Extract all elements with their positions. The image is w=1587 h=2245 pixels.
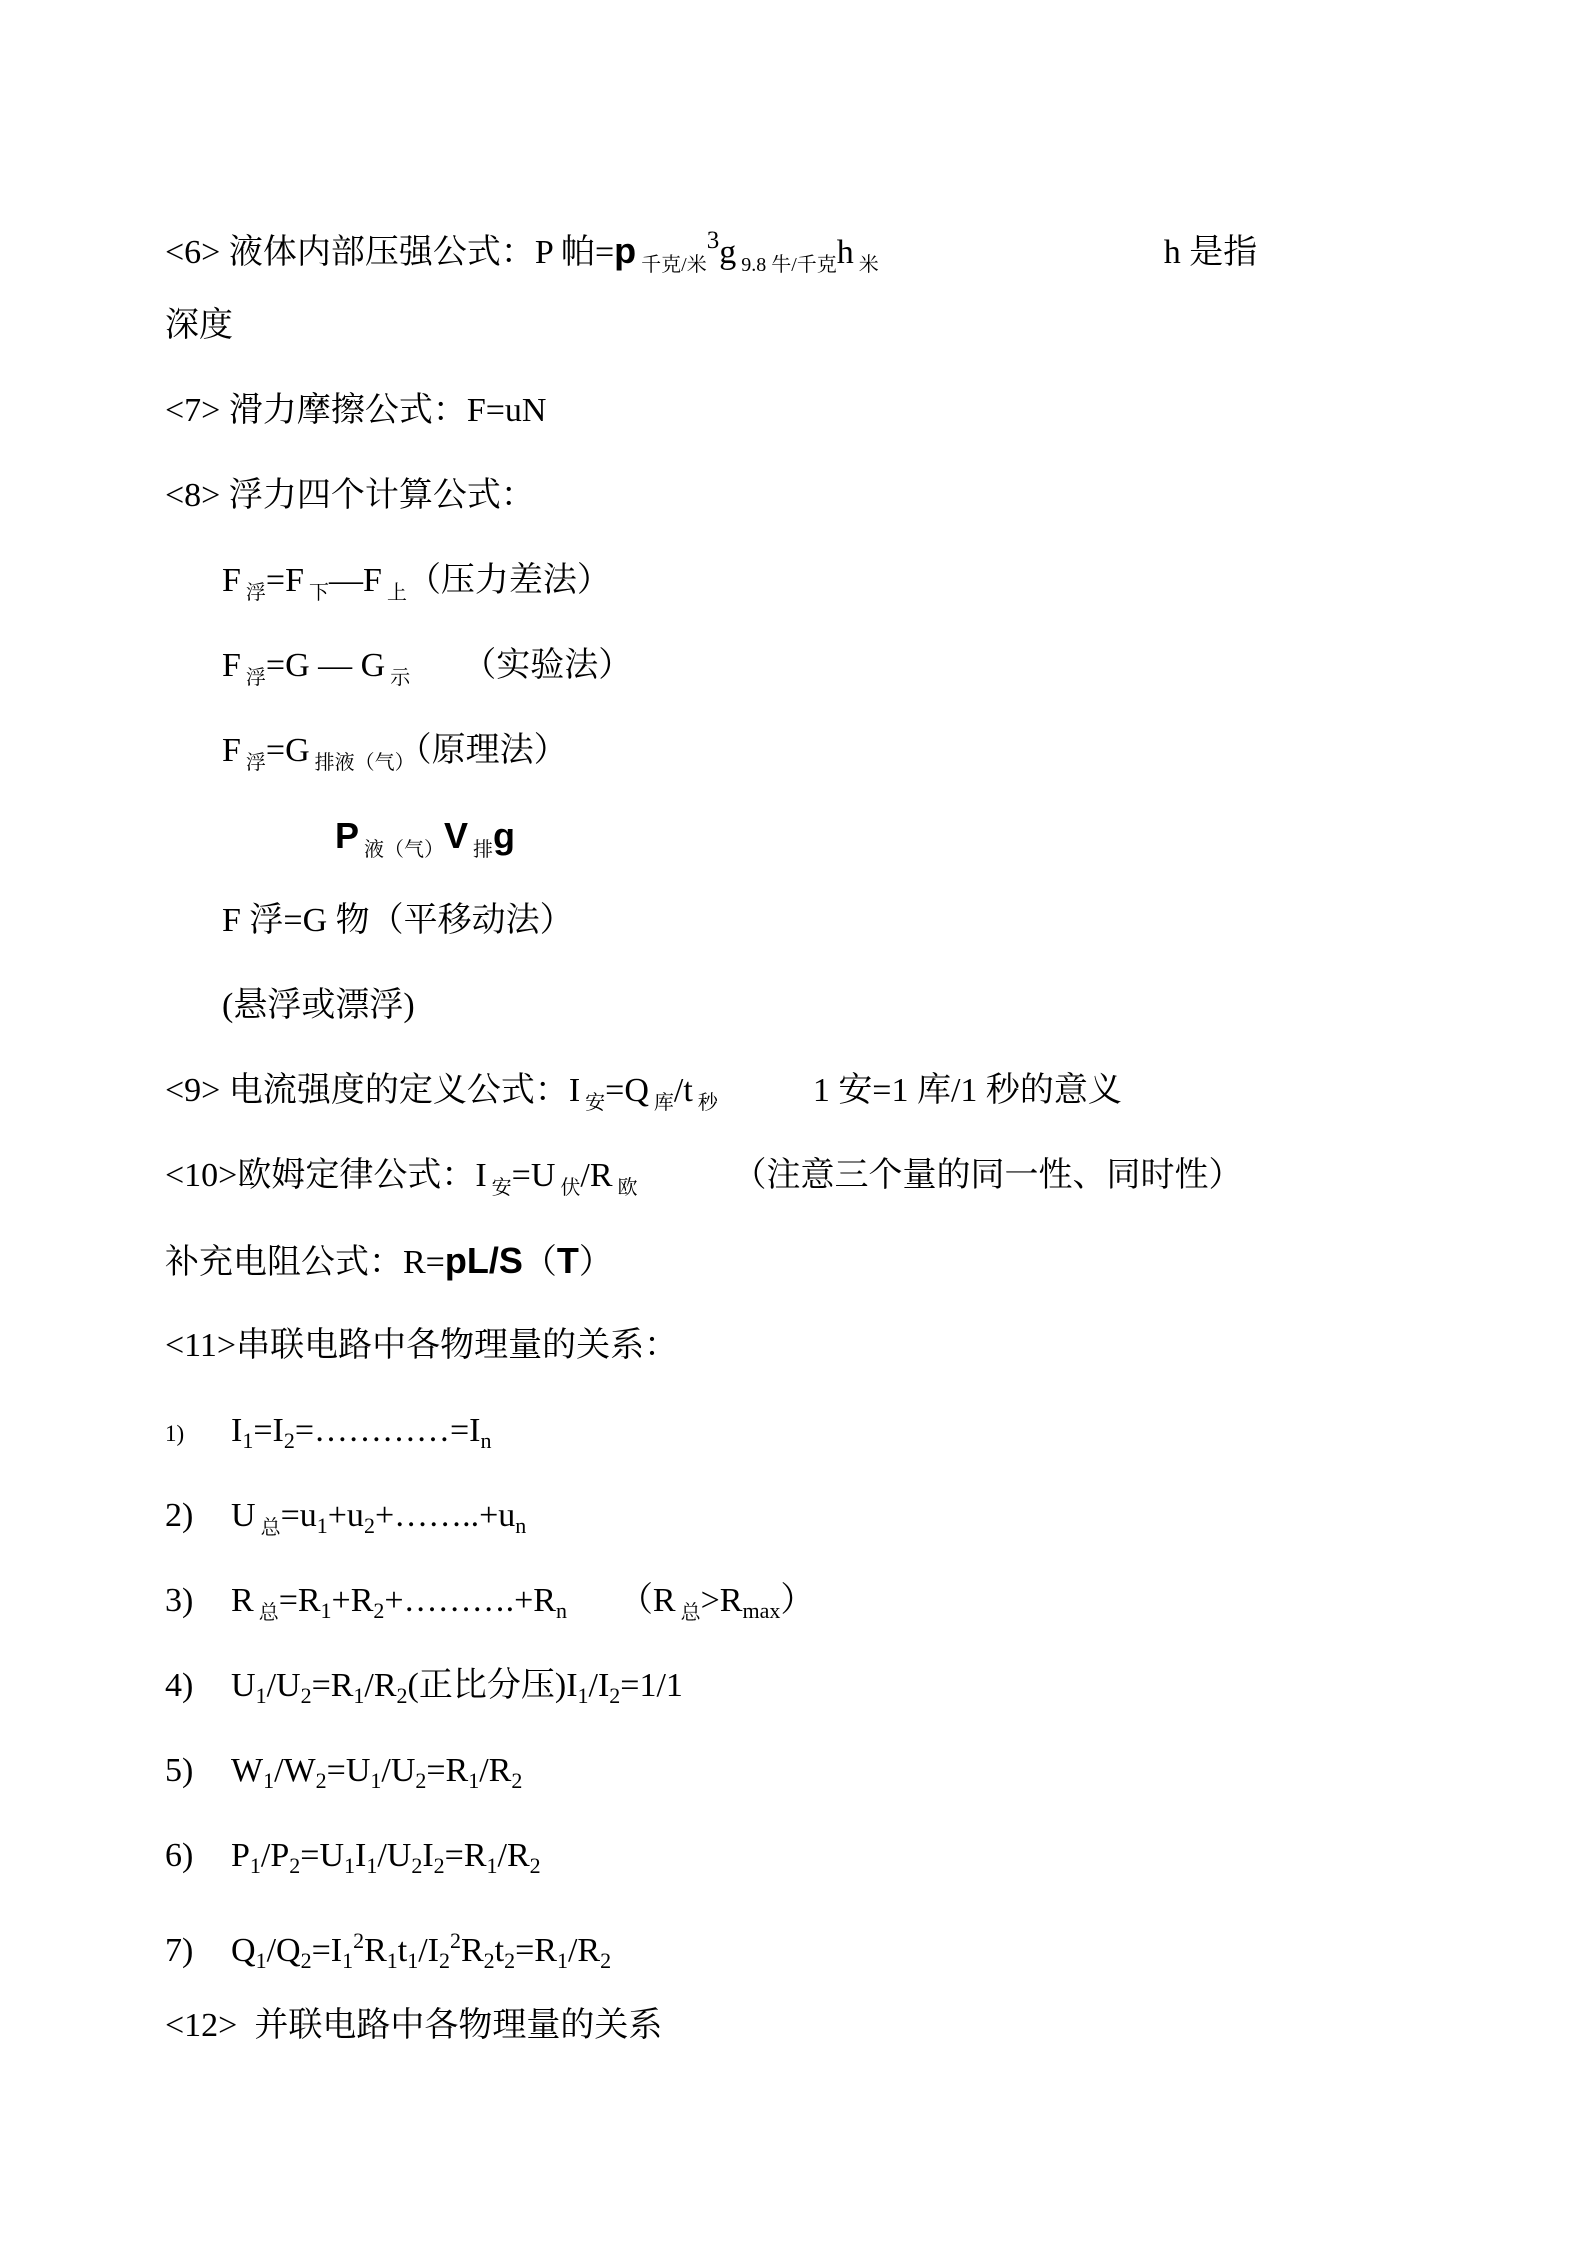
formula-segment: R bbox=[364, 1932, 387, 1969]
formula-11-series-heading: <11>串联电路中各物理量的关系： bbox=[165, 1303, 1587, 1388]
formula-segment: P bbox=[231, 1837, 250, 1874]
resistance-supplement: 补充电阻公式：R=pL/S（T） bbox=[165, 1218, 1587, 1303]
formula-segment: <12> 并联电路中各物理量的关系 bbox=[165, 2007, 662, 2044]
formula-segment: =…………=I bbox=[295, 1412, 481, 1449]
formula-segment: n bbox=[515, 1513, 526, 1538]
formula-segment: /R bbox=[498, 1837, 530, 1874]
formula-segment: ） bbox=[780, 1582, 814, 1619]
formula-6-pressure: <6> 液体内部压强公式：P 帕=p 千克/米3g 9.8 牛/千克h 米h 是… bbox=[165, 198, 1587, 283]
formula-segment: +u bbox=[328, 1497, 364, 1534]
series-item-2: 2)U 总=u1+u2+……..+un bbox=[165, 1473, 1587, 1558]
formula-segment: 浮 bbox=[241, 752, 266, 774]
formula-segment: 2 bbox=[504, 1948, 515, 1973]
series-item-6: 6)P1/P2=U1I1/U2I2=R1/R2 bbox=[165, 1813, 1587, 1898]
formula-segment: 1 bbox=[407, 1948, 418, 1973]
formula-segment: 9.8 牛/千克 bbox=[736, 254, 837, 276]
formula-segment: =G bbox=[266, 732, 310, 769]
formula-segment: /P bbox=[261, 1837, 289, 1874]
formula-segment: P bbox=[335, 815, 359, 856]
formula-segment: 1 bbox=[578, 1683, 589, 1708]
formula-8-buoyancy-heading: <8> 浮力四个计算公式： bbox=[165, 453, 1587, 538]
formula-segment: 2 bbox=[415, 1768, 426, 1793]
formula-segment: /R bbox=[568, 1932, 600, 1969]
formula-segment: 米 bbox=[854, 254, 879, 276]
formula-segment: 浮 bbox=[241, 667, 266, 689]
formula-segment: 安 bbox=[487, 1177, 512, 1199]
buoyancy-experiment: F 浮=G — G 示（实验法） bbox=[222, 623, 1587, 708]
formula-segment: =Q bbox=[605, 1072, 649, 1109]
formula-segment: V bbox=[444, 815, 468, 856]
formula-segment: I bbox=[231, 1412, 242, 1449]
formula-segment: 2 bbox=[530, 1853, 541, 1878]
formula-segment: Q bbox=[231, 1932, 256, 1969]
formula-segment: 库 bbox=[649, 1092, 674, 1114]
formula-segment: <10>欧姆定律公式：I bbox=[165, 1157, 487, 1194]
formula-segment: n bbox=[481, 1428, 492, 1453]
formula-segment: 2 bbox=[397, 1683, 408, 1708]
formula-segment: 1 安=1 库/1 秒的意义 bbox=[813, 1072, 1122, 1109]
formula-segment: I bbox=[355, 1837, 366, 1874]
formula-segment: 安 bbox=[580, 1092, 605, 1114]
formula-segment: U bbox=[231, 1667, 256, 1704]
formula-segment: I bbox=[422, 1837, 433, 1874]
formula-segment: max bbox=[742, 1598, 780, 1623]
formula-segment: 总 bbox=[256, 1517, 281, 1539]
formula-segment: 2 bbox=[439, 1948, 450, 1973]
series-item-5: 5)W1/W2=U1/U2=R1/R2 bbox=[165, 1728, 1587, 1813]
formula-segment: =R bbox=[426, 1752, 468, 1789]
formula-segment: ） bbox=[579, 1244, 613, 1281]
formula-segment: 3 bbox=[707, 227, 720, 254]
formula-segment: (悬浮或漂浮) bbox=[222, 987, 415, 1024]
formula-segment: (正比分压)I bbox=[408, 1667, 578, 1704]
formula-segment: =R bbox=[279, 1582, 321, 1619]
formula-segment: W bbox=[231, 1752, 263, 1789]
formula-segment: —F bbox=[329, 562, 382, 599]
formula-segment: =G — G bbox=[266, 647, 385, 684]
formula-segment: /t bbox=[674, 1072, 693, 1109]
formula-segment: F 浮=G 物（平移动法） bbox=[222, 902, 574, 939]
formula-segment: 2 bbox=[411, 1853, 422, 1878]
formula-segment: F bbox=[222, 732, 241, 769]
formula-segment: 千克/米 bbox=[636, 254, 707, 276]
formula-segment: 1 bbox=[256, 1683, 267, 1708]
formula-segment: F bbox=[222, 647, 241, 684]
formula-segment: R bbox=[461, 1932, 484, 1969]
series-item-3: 3)R 总=R1+R2+……….+Rn（R 总>Rmax） bbox=[165, 1558, 1587, 1643]
formula-segment: 1 bbox=[317, 1513, 328, 1538]
formula-segment: <8> 浮力四个计算公式： bbox=[165, 477, 535, 514]
formula-segment: 补充电阻公式：R= bbox=[165, 1244, 445, 1281]
formula-segment: 总 bbox=[676, 1602, 701, 1624]
buoyancy-pressure-difference: F 浮=F 下—F 上（压力差法） bbox=[222, 538, 1587, 623]
formula-segment: 1 bbox=[387, 1948, 398, 1973]
formula-segment: 2 bbox=[316, 1768, 327, 1793]
formula-segment: R bbox=[231, 1582, 254, 1619]
formula-segment: =u bbox=[281, 1497, 317, 1534]
formula-segment: 深度 bbox=[165, 307, 233, 344]
formula-segment: <11>串联电路中各物理量的关系： bbox=[165, 1327, 678, 1364]
formula-segment: 下 bbox=[304, 582, 329, 604]
formula-segment: /I bbox=[589, 1667, 610, 1704]
formula-segment: =I bbox=[253, 1412, 284, 1449]
formula-segment: pL/S bbox=[445, 1240, 523, 1281]
formula-segment: t bbox=[495, 1932, 504, 1969]
formula-segment: （压力差法） bbox=[407, 562, 611, 599]
formula-segment: F bbox=[222, 562, 241, 599]
formula-10-ohm: <10>欧姆定律公式：I 安=U 伏/R 欧（注意三个量的同一性、同时性） bbox=[165, 1133, 1587, 1218]
formula-segment: 1 bbox=[468, 1768, 479, 1793]
formula-segment: 排液（气） bbox=[310, 752, 415, 774]
formula-segment: 2 bbox=[353, 1928, 364, 1953]
formula-segment: 1 bbox=[557, 1948, 568, 1973]
formula-segment: +……..+u bbox=[375, 1497, 515, 1534]
formula-segment: （R bbox=[619, 1582, 676, 1619]
formula-segment: n bbox=[556, 1598, 567, 1623]
series-item-1: 1)I1=I2=…………=In bbox=[165, 1388, 1587, 1473]
formula-segment: T bbox=[557, 1240, 579, 1281]
formula-segment: 2 bbox=[373, 1598, 384, 1623]
formula-segment: p bbox=[614, 230, 636, 271]
formula-segment: g bbox=[719, 234, 736, 271]
formula-segment: =F bbox=[266, 562, 304, 599]
formula-segment: U bbox=[231, 1497, 256, 1534]
buoyancy-principle: F 浮=G 排液（气）（原理法） bbox=[222, 708, 1587, 793]
formula-segment: 伏 bbox=[555, 1177, 580, 1199]
formula-segment: =R bbox=[515, 1932, 557, 1969]
formula-segment: 2 bbox=[600, 1948, 611, 1973]
formula-segment: +……….+R bbox=[384, 1582, 556, 1619]
formula-segment: 示 bbox=[385, 667, 410, 689]
formula-segment: /U bbox=[377, 1837, 411, 1874]
formula-segment: 1 bbox=[344, 1853, 355, 1878]
formula-segment: 浮 bbox=[241, 582, 266, 604]
formula-segment: =U bbox=[512, 1157, 556, 1194]
formula-segment: 2 bbox=[511, 1768, 522, 1793]
formula-segment: +R bbox=[332, 1582, 374, 1619]
list-marker: 7) bbox=[165, 1908, 231, 1993]
formula-segment: t bbox=[398, 1932, 407, 1969]
formula-segment: 2 bbox=[450, 1928, 461, 1953]
formula-segment: 上 bbox=[382, 582, 407, 604]
formula-segment: /I bbox=[418, 1932, 439, 1969]
formula-segment: /R bbox=[580, 1157, 612, 1194]
formula-segment: （实验法） bbox=[462, 647, 632, 684]
series-item-4: 4)U1/U2=R1/R2(正比分压)I1/I2=1/1 bbox=[165, 1643, 1587, 1728]
formula-segment: 1 bbox=[263, 1768, 274, 1793]
formula-segment: /U bbox=[381, 1752, 415, 1789]
formula-segment: /U bbox=[267, 1667, 301, 1704]
series-item-7: 7)Q1/Q2=I12R1t1/I22R2t2=R1/R2 bbox=[165, 1898, 1587, 1983]
formula-segment: 1 bbox=[487, 1853, 498, 1878]
formula-segment: 2 bbox=[484, 1948, 495, 1973]
formula-segment: /R bbox=[364, 1667, 396, 1704]
buoyancy-translation: F 浮=G 物（平移动法） bbox=[222, 878, 1587, 963]
formula-segment: /Q bbox=[267, 1932, 301, 1969]
formula-segment: /R bbox=[479, 1752, 511, 1789]
formula-segment: 2 bbox=[364, 1513, 375, 1538]
formula-segment: （注意三个量的同一性、同时性） bbox=[733, 1157, 1243, 1194]
formula-segment: 1 bbox=[353, 1683, 364, 1708]
formula-segment: 秒 bbox=[693, 1092, 718, 1114]
list-marker: 4) bbox=[165, 1643, 231, 1728]
formula-segment: 1 bbox=[342, 1948, 353, 1973]
formula-segment: 1 bbox=[250, 1853, 261, 1878]
list-marker: 1) bbox=[165, 1391, 231, 1476]
formula-segment: 排 bbox=[468, 839, 493, 861]
formula-segment: 2 bbox=[289, 1853, 300, 1878]
formula-segment: =1/1 bbox=[620, 1667, 683, 1704]
formula-segment: 2 bbox=[284, 1428, 295, 1453]
formula-segment: 1 bbox=[256, 1948, 267, 1973]
formula-segment: <9> 电流强度的定义公式：I bbox=[165, 1072, 580, 1109]
formula-segment: 2 bbox=[301, 1683, 312, 1708]
buoyancy-condition: (悬浮或漂浮) bbox=[222, 963, 1587, 1048]
formula-segment: 2 bbox=[609, 1683, 620, 1708]
formula-segment: =R bbox=[312, 1667, 354, 1704]
formula-segment: 液（气） bbox=[359, 839, 444, 861]
formula-segment: =U bbox=[327, 1752, 371, 1789]
list-marker: 2) bbox=[165, 1473, 231, 1558]
formula-segment: 2 bbox=[301, 1948, 312, 1973]
formula-segment: /W bbox=[274, 1752, 316, 1789]
formula-6-continuation: 深度 bbox=[165, 283, 1587, 368]
formula-segment: 1 bbox=[370, 1768, 381, 1793]
formula-segment: >R bbox=[701, 1582, 743, 1619]
formula-segment: 1 bbox=[321, 1598, 332, 1623]
formula-segment: （原理法） bbox=[415, 732, 568, 769]
formula-segment: 欧 bbox=[613, 1177, 638, 1199]
formula-segment: g bbox=[493, 815, 515, 856]
formula-segment: h bbox=[837, 234, 854, 271]
document-page: <6> 液体内部压强公式：P 帕=p 千克/米3g 9.8 牛/千克h 米h 是… bbox=[0, 0, 1587, 2245]
formula-segment: 2 bbox=[434, 1853, 445, 1878]
formula-9-current: <9> 电流强度的定义公式：I 安=Q 库/t 秒1 安=1 库/1 秒的意义 bbox=[165, 1048, 1587, 1133]
formula-segment: <6> 液体内部压强公式：P 帕= bbox=[165, 234, 614, 271]
list-marker: 6) bbox=[165, 1813, 231, 1898]
formula-segment: 1 bbox=[242, 1428, 253, 1453]
formula-7-friction: <7> 滑力摩擦公式：F=uN bbox=[165, 368, 1587, 453]
formula-segment: （ bbox=[523, 1244, 557, 1281]
list-marker: 5) bbox=[165, 1728, 231, 1813]
formula-segment: h 是指 bbox=[1164, 234, 1258, 271]
list-marker: 3) bbox=[165, 1558, 231, 1643]
formula-12-parallel-heading: <12> 并联电路中各物理量的关系 bbox=[165, 1983, 1587, 2068]
formula-segment: =I bbox=[312, 1932, 343, 1969]
formula-segment: <7> 滑力摩擦公式：F=uN bbox=[165, 392, 547, 429]
formula-segment: 1 bbox=[366, 1853, 377, 1878]
buoyancy-rho-v-g: P 液（气）V 排g bbox=[335, 793, 1587, 878]
formula-segment: =U bbox=[300, 1837, 344, 1874]
formula-segment: 总 bbox=[254, 1602, 279, 1624]
formula-segment: =R bbox=[445, 1837, 487, 1874]
